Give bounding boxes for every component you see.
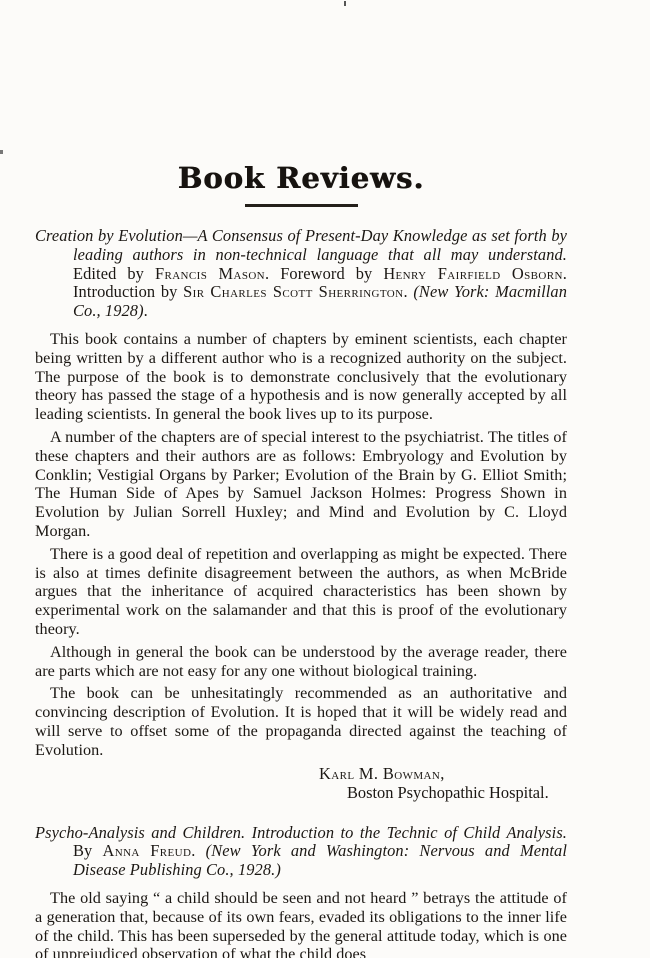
citation-segment: . [404,282,414,301]
review-paragraph: This book contains a number of chapters … [35,330,567,424]
citation-segment: Psycho-Analysis and Children. Introducti… [35,823,567,842]
page-title: Book Reviews. [35,160,567,196]
scanned-book-page: Book Reviews. Creation by Evolution—A Co… [0,0,650,958]
page-content: Book Reviews. Creation by Evolution—A Co… [35,0,567,958]
review-paragraph: There is a good deal of repetition and o… [35,545,567,639]
review-psycho-analysis-and-children: Psycho-Analysis and Children. Introducti… [35,824,567,958]
review-paragraph: The old saying “ a child should be seen … [35,889,567,958]
citation-segment: Sir Charles Scott Sherrington [183,282,403,301]
citation-segment: . Foreword by [265,264,383,283]
reviewer-name: Karl M. Bowman, [35,764,567,784]
citation-segment: By [73,841,103,860]
citation-segment: Edited by [73,264,155,283]
citation-segment: Anna Freud [103,841,192,860]
citation-segment: Creation by Evolution—A Consensus of Pre… [35,226,567,264]
book-citation: Creation by Evolution—A Consensus of Pre… [35,227,567,321]
reviewer-signature: Karl M. Bowman, Boston Psychopathic Hosp… [35,764,567,803]
book-citation: Psycho-Analysis and Children. Introducti… [35,824,567,880]
citation-segment: Henry Fairfield Osborn [383,264,562,283]
review-paragraph: Although in general the book can be unde… [35,643,567,681]
scan-artifact-speck [0,150,3,154]
title-divider-rule [245,204,358,207]
review-creation-by-evolution: Creation by Evolution—A Consensus of Pre… [35,227,567,803]
review-paragraph: The book can be unhesitatingly recommend… [35,684,567,759]
review-paragraph: A number of the chapters are of special … [35,428,567,541]
citation-segment: . [191,841,205,860]
citation-segment: . [144,301,148,320]
reviewer-affiliation: Boston Psychopathic Hospital. [35,783,567,803]
citation-segment: Francis Mason [155,264,265,283]
